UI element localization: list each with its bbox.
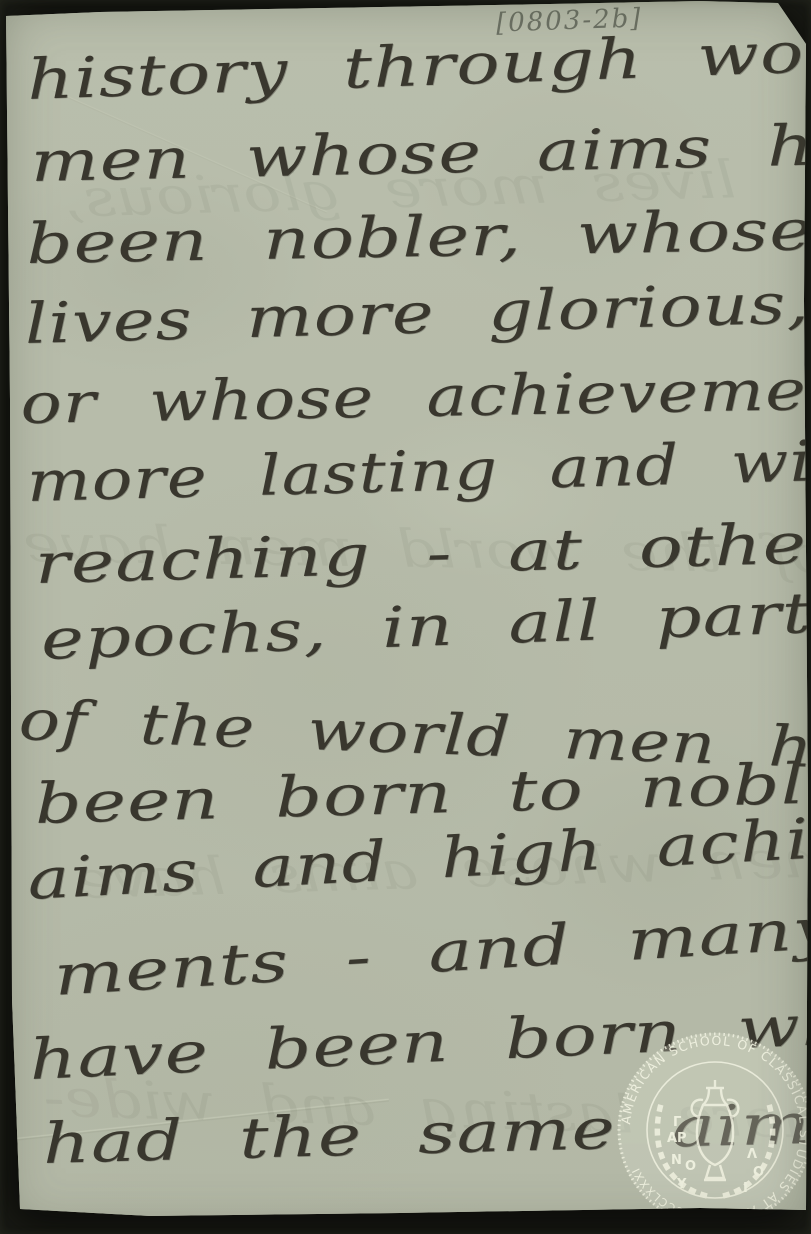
handwritten-line: more lasting and wide- <box>26 427 811 515</box>
svg-text:Υ: Υ <box>676 1177 687 1192</box>
handwritten-line: or whose achievements <box>20 356 811 437</box>
svg-text:Ι: Ι <box>743 1181 748 1196</box>
handwritten-line: ments - and many <box>52 896 811 1009</box>
svg-text:ΑΡ: ΑΡ <box>667 1131 687 1146</box>
handwritten-line: lives more glorious, <box>24 271 811 357</box>
embossed-seal: AMERICAN SCHOOL OF CLASSICAL STUDIES AT … <box>615 1030 811 1230</box>
catalog-number-label: [0803-2b] <box>496 3 643 38</box>
svg-text:Ν: Ν <box>671 1153 682 1168</box>
handwritten-line: been nobler, whose <box>26 198 811 277</box>
scanned-letter-page: [0803-2b] lives more glorious, of the wo… <box>0 0 811 1234</box>
svg-text:Ο: Ο <box>685 1159 696 1174</box>
svg-text:Ο: Ο <box>753 1165 764 1180</box>
svg-text:Λ: Λ <box>747 1147 757 1162</box>
svg-text:Γ: Γ <box>673 1115 681 1130</box>
handwritten-line: history through wo- <box>26 20 811 113</box>
letter-paper: [0803-2b] lives more glorious, of the wo… <box>0 0 811 1234</box>
